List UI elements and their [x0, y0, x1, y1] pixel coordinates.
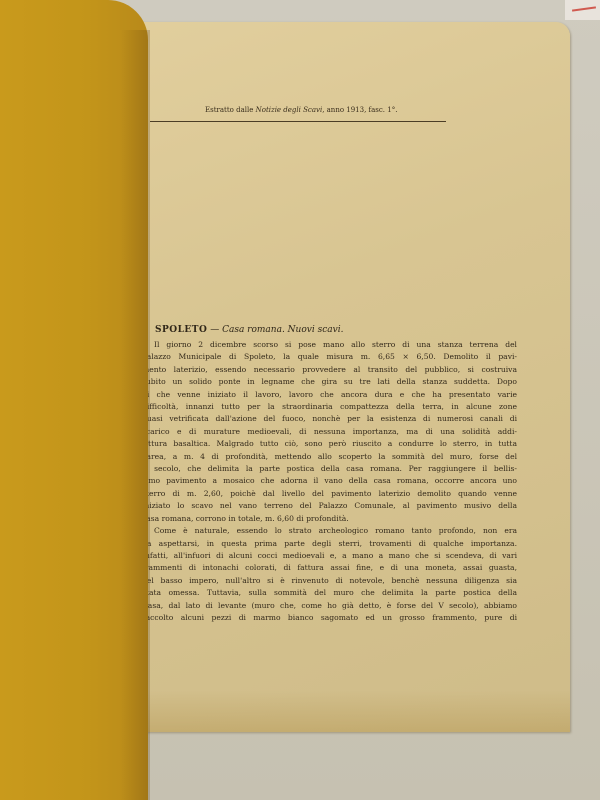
corner-label	[565, 0, 600, 20]
header-prefix: Estratto dalle	[205, 106, 253, 114]
text-line: quasi vetrificata dall'azione del fuoco,…	[142, 413, 517, 425]
cover-shadow	[120, 30, 150, 800]
text-line: l'area, a m. 4 di profondità, mettendo a…	[142, 451, 517, 463]
text-line: Infatti, all'infuori di alcuni cocci med…	[142, 550, 517, 562]
article-title: SPOLETO — Casa romana. Nuovi scavi.	[155, 325, 343, 335]
text-line: Casa, dal lato di levante (muro che, com…	[142, 600, 517, 612]
text-line: frammenti di intonachi colorati, di fatt…	[142, 562, 517, 574]
text-line: rittura basaltica. Malgrado tutto ciò, s…	[142, 438, 517, 450]
header-rule	[150, 121, 446, 122]
text-line: del basso impero, null'altro si è rinven…	[142, 575, 517, 587]
offprint-header: Estratto dalle Notizie degli Scavi, anno…	[205, 106, 397, 114]
header-journal: Notizie degli Scavi	[256, 106, 323, 114]
title-subtitle: Casa romana. Nuovi scavi.	[222, 325, 343, 335]
title-dash: —	[207, 325, 222, 335]
text-line: simo pavimento a mosaico che adorna il v…	[142, 475, 517, 487]
text-line: sterro di m. 2,60, poichè dal livello de…	[142, 488, 517, 500]
title-place: SPOLETO	[155, 325, 207, 335]
text-line: casa romana, corrono in totale, m. 6,60 …	[142, 513, 517, 525]
text-line: di che venne iniziato il lavoro, lavoro …	[142, 389, 517, 401]
text-line: mento laterizio, essendo necessario prov…	[142, 364, 517, 376]
text-line: scarico e di murature medioevali, di nes…	[142, 426, 517, 438]
header-suffix: , anno 1913, fasc. 1°.	[322, 106, 397, 114]
red-mark	[572, 6, 596, 11]
text-line: Il giorno 2 dicembre scorso si pose mano…	[142, 339, 517, 351]
text-line: stata omessa. Tuttavia, sulla sommità de…	[142, 587, 517, 599]
text-line: da aspettarsi, in questa prima parte deg…	[142, 538, 517, 550]
text-line: difficoltà, innanzi tutto per la straord…	[142, 401, 517, 413]
article-body: Il giorno 2 dicembre scorso si pose mano…	[142, 339, 517, 624]
text-line: V secolo, che delimita la parte postica …	[142, 463, 517, 475]
text-line: Palazzo Municipale di Spoleto, la quale …	[142, 351, 517, 363]
text-line: subito un solido ponte in legname che gi…	[142, 376, 517, 388]
text-line: Come è naturale, essendo lo strato arche…	[142, 525, 517, 537]
text-line: raccolto alcuni pezzi di marmo bianco sa…	[142, 612, 517, 624]
text-line: iniziato lo scavo nel vano terreno del P…	[142, 500, 517, 512]
